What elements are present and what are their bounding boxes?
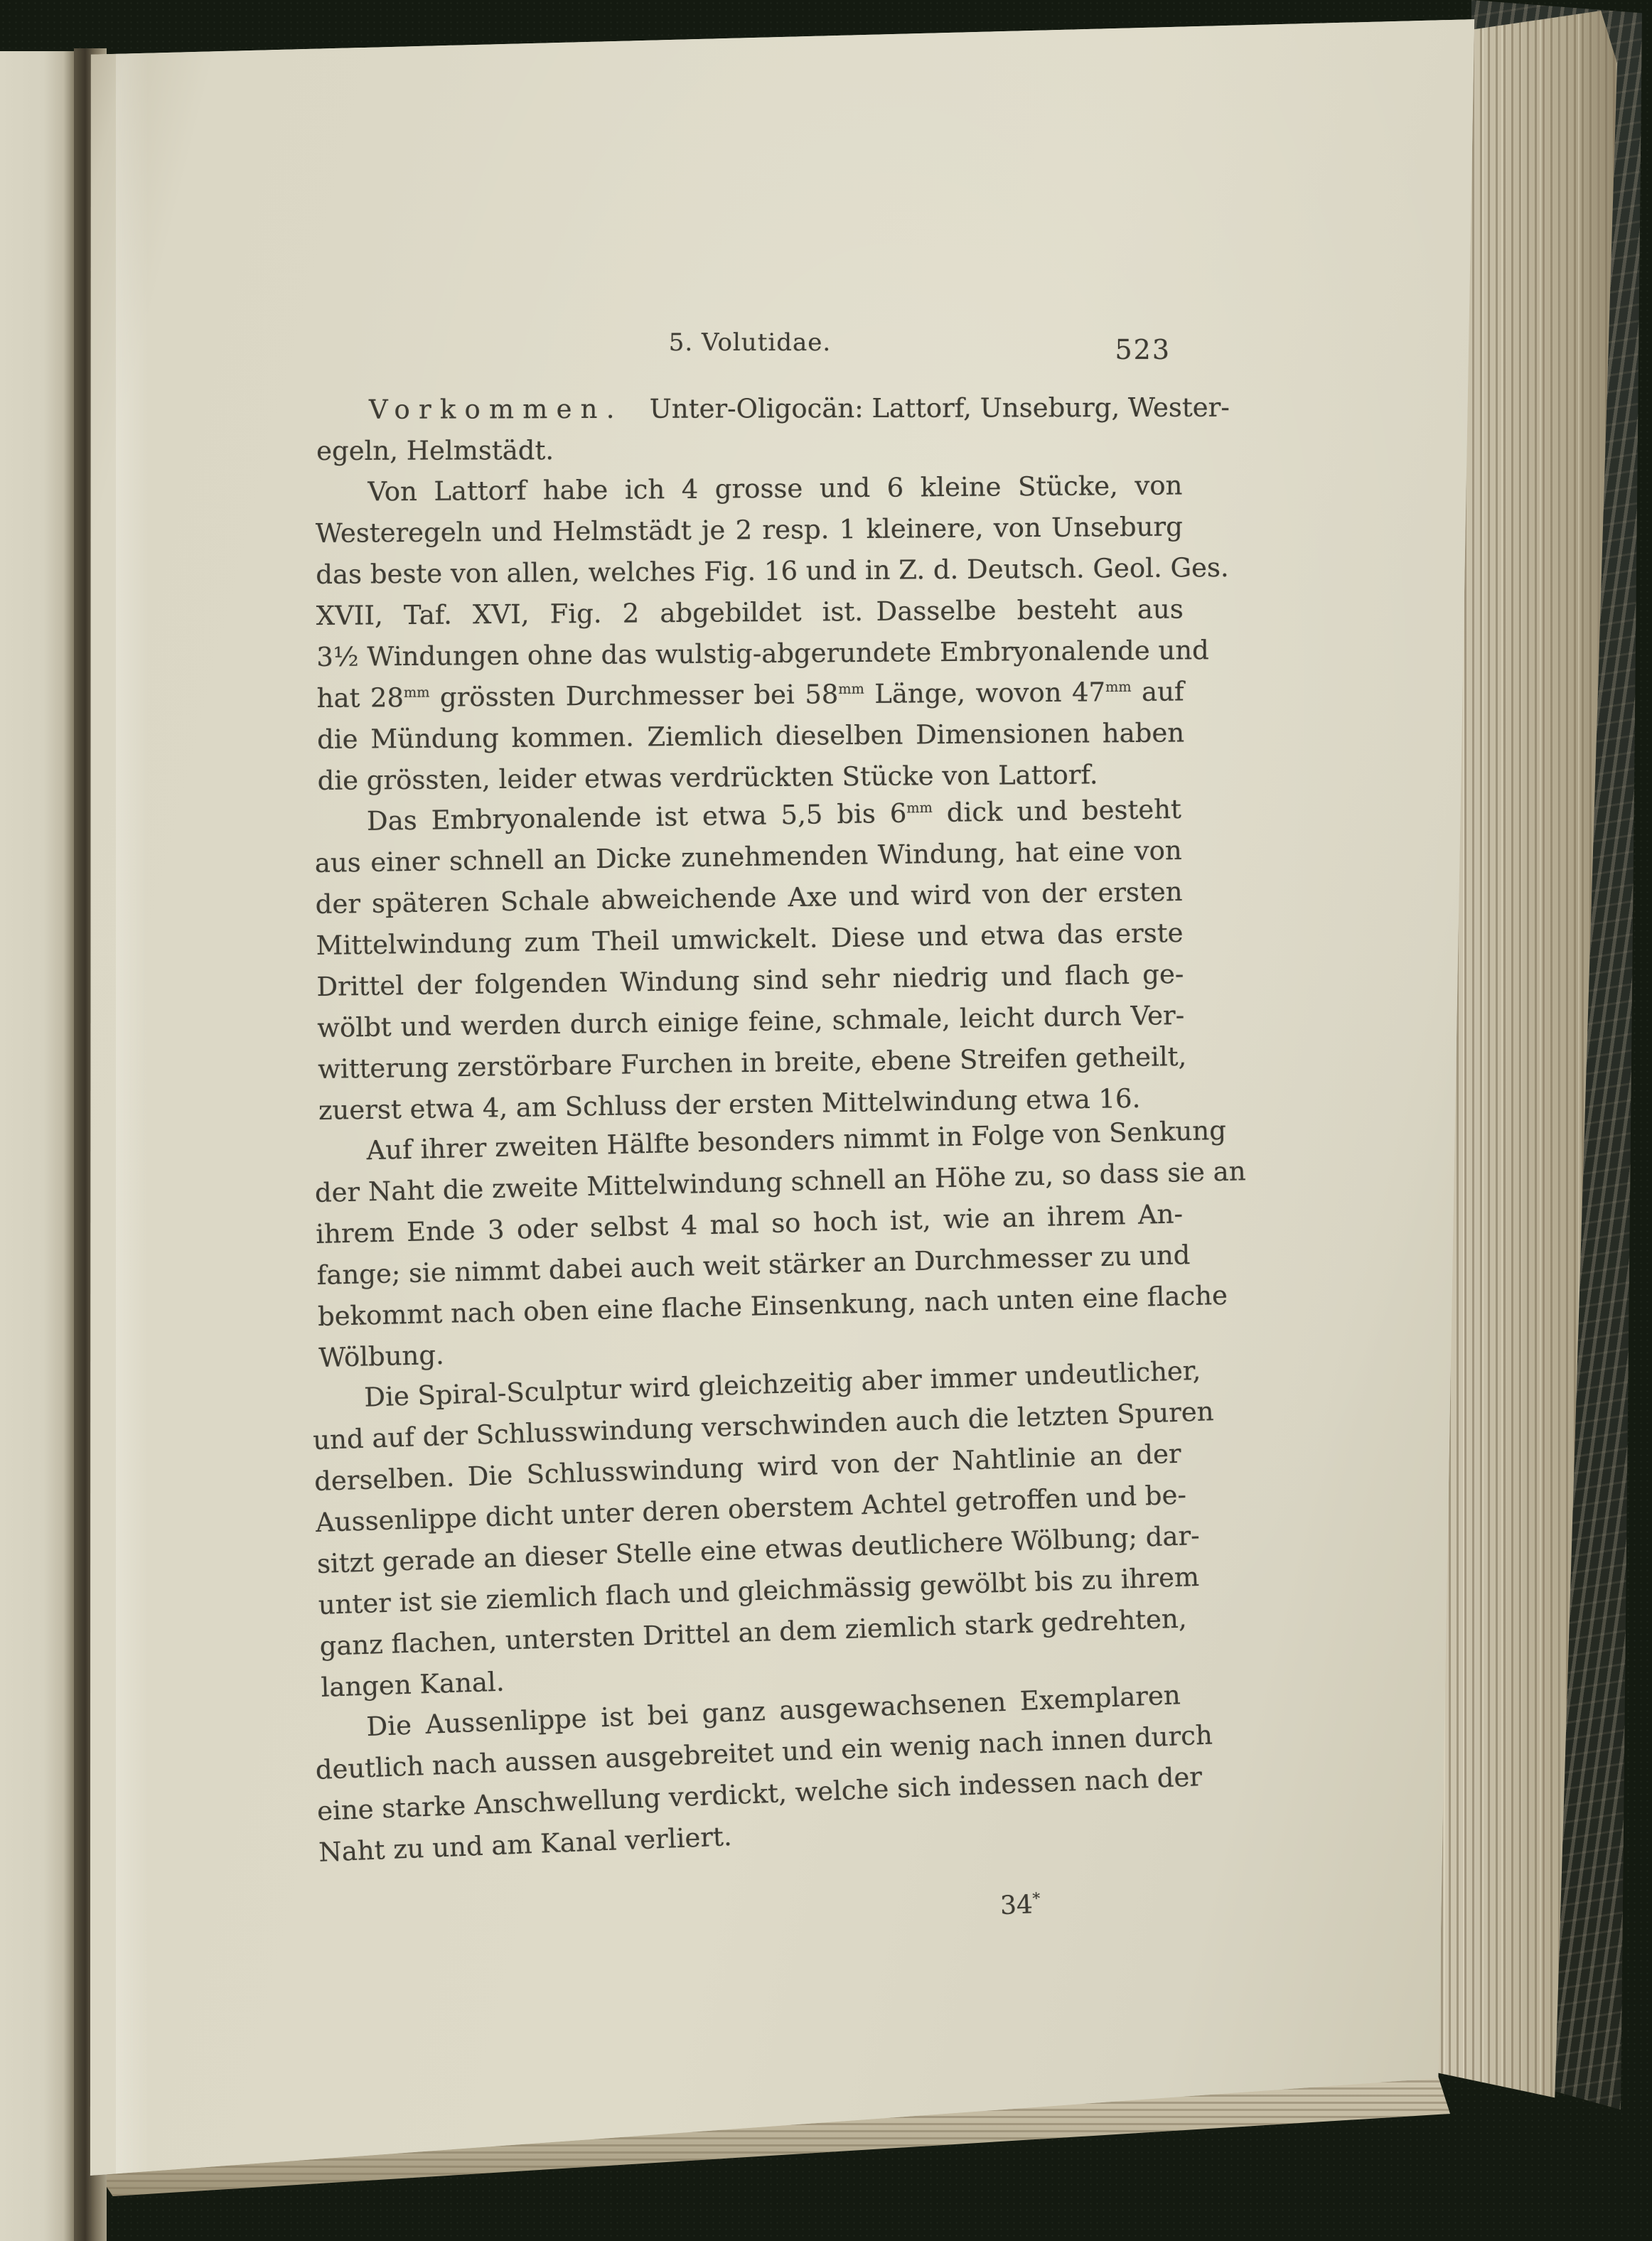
page-number: 523 <box>1115 334 1171 365</box>
paragraphs-container: Vorkommen. Unter-Oligocän: Lattorf, Unse… <box>316 389 1184 1874</box>
paragraph: Vorkommen. Unter-Oligocän: Lattorf, Unse… <box>316 387 1184 472</box>
facing-page-edge <box>0 51 80 2241</box>
text-line: Vorkommen. Unter-Oligocän: Lattorf, Unse… <box>316 387 1184 431</box>
text-line: Westeregeln und Helmstädt je 2 resp. 1 k… <box>316 506 1183 554</box>
text-block: 5. Volutidae. 523 Vorkommen. Unter-Oligo… <box>316 318 1184 1874</box>
photo-background: { "colors":{ "background":"#141a11", "pa… <box>0 0 1652 2241</box>
paragraph: Die Spiral-Sculptur wird gleichzeitig ab… <box>311 1351 1189 1709</box>
signature-mark: 34* <box>999 1890 1041 1920</box>
paragraph: Auf ihrer zweiten Hälfte besonders nimmt… <box>313 1111 1186 1379</box>
text-line: hat 28mm grössten Durchmesser bei 58mm L… <box>316 671 1184 719</box>
paragraph: Das Embryonalende ist etwa 5,5 bis 6mm d… <box>314 789 1186 1132</box>
text-line: XVII, Taf. XVI, Fig. 2 abgebildet ist. D… <box>316 589 1184 637</box>
text-line: 3½ Windungen ohne das wulstig-abgerundet… <box>316 630 1184 678</box>
text-line: egeln, Helmstädt. <box>316 429 1184 472</box>
text-line: das beste von allen, welches Fig. 16 und… <box>316 547 1183 596</box>
paragraph: Von Lattorf habe ich 4 grosse und 6 klei… <box>315 465 1185 802</box>
book-page: 5. Volutidae. 523 Vorkommen. Unter-Oligo… <box>89 18 1479 2182</box>
paragraph: Die Aussenlippe ist bei ganz ausgewachse… <box>313 1675 1186 1874</box>
text-line: die Mündung kommen. Ziemlich dieselben D… <box>317 712 1184 761</box>
signature-mark-star: * <box>1032 1890 1041 1908</box>
page-header: 5. Volutidae. 523 <box>316 318 1184 389</box>
text-line: Von Lattorf habe ich 4 grosse und 6 klei… <box>315 465 1182 513</box>
running-title: 5. Volutidae. <box>316 318 1184 357</box>
